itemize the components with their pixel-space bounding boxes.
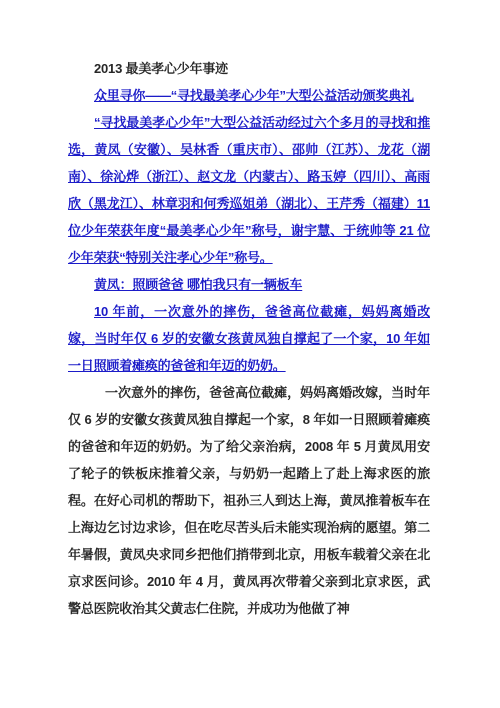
link-huangfeng-subheading[interactable]: 黄凤：照顾爸爸 哪怕我只有一辆板车 <box>68 271 430 298</box>
document-page: 2013 最美孝心少年事迹 众里寻你——“寻找最美孝心少年”大型公益活动颁奖典礼… <box>0 0 500 708</box>
body-huangfeng-story-paragraph: 一次意外的摔伤，爸爸高位截瘫，妈妈离婚改嫁，当时年仅 6 岁的安徽女孩黄凤独自撑… <box>68 379 430 622</box>
document-title: 2013 最美孝心少年事迹 <box>68 55 430 82</box>
link-huangfeng-intro-paragraph[interactable]: 10 年前，一次意外的摔伤，爸爸高位截瘫，妈妈离婚改嫁，当时年仅 6 岁的安徽女… <box>68 298 430 379</box>
link-award-ceremony-heading[interactable]: 众里寻你——“寻找最美孝心少年”大型公益活动颁奖典礼 <box>68 82 430 109</box>
link-award-summary-paragraph[interactable]: “寻找最美孝心少年”大型公益活动经过六个多月的寻找和推选，黄凤（安徽）、吴林香（… <box>68 109 430 271</box>
